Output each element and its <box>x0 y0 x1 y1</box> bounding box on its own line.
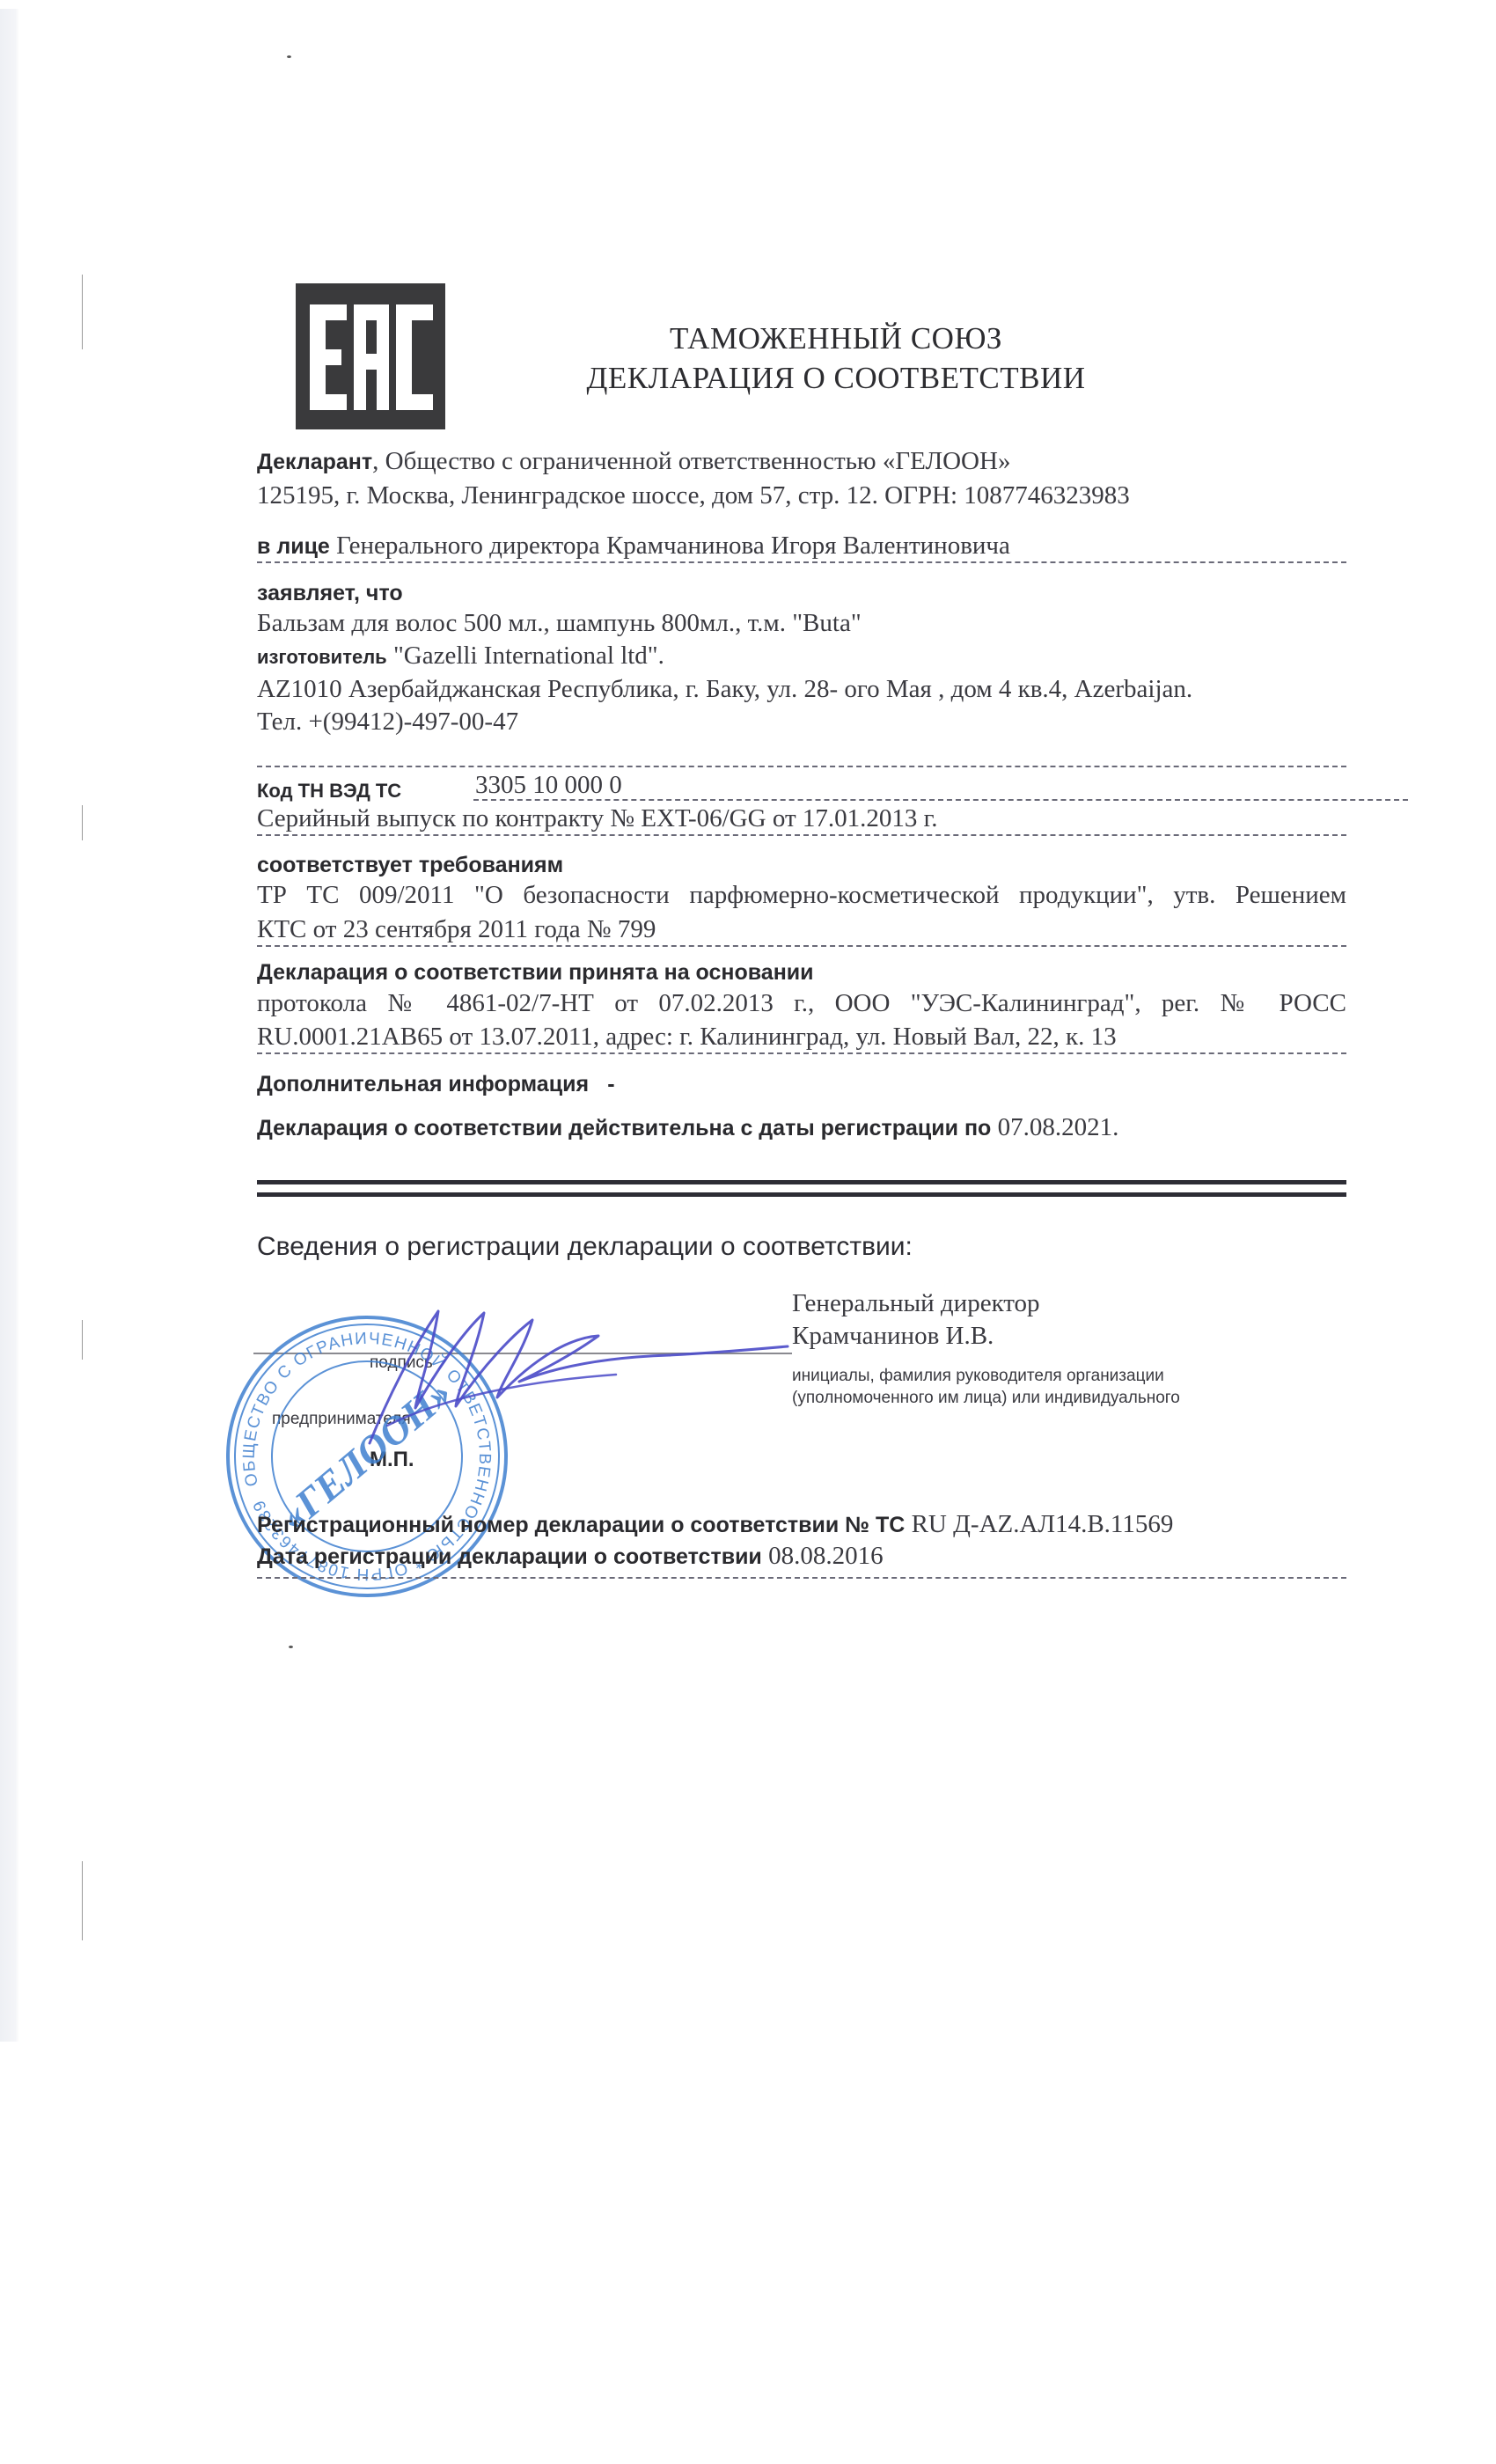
declarant-line: Декларант, Общество с ограниченной ответ… <box>257 447 1010 476</box>
manufacturer-phone: Тел. +(99412)-497-00-47 <box>257 708 518 737</box>
scan-mark <box>82 275 83 349</box>
additional-info-line: Дополнительная информация - <box>257 1069 615 1098</box>
scan-edge-shadow <box>0 9 19 2042</box>
document-title: ТАМОЖЕННЫЙ СОЮЗ ДЕКЛАРАЦИЯ О СООТВЕТСТВИ… <box>493 319 1179 398</box>
manufacturer-line: изготовитель "Gazelli International ltd"… <box>257 642 664 671</box>
basis-text-2: RU.0001.21АВ65 от 13.07.2011, адрес: г. … <box>257 1023 1117 1052</box>
registration-heading: Сведения о регистрации декларации о соот… <box>257 1232 913 1262</box>
signer-name: Крамчанинов И.В. <box>792 1322 994 1351</box>
divider <box>473 799 1408 801</box>
represented-label: в лице <box>257 534 330 559</box>
declares-label: заявляет, что <box>257 581 403 605</box>
eac-logo-icon <box>296 283 445 429</box>
divider <box>257 945 1346 947</box>
scan-speck <box>287 55 291 58</box>
requirements-text-1: ТР ТС 009/2011 "О безопасности парфюмерн… <box>257 881 1346 910</box>
basis-label: Декларация о соответствии принята на осн… <box>257 960 814 985</box>
divider <box>257 834 1346 836</box>
serial-release: Серийный выпуск по контракту № EXT-06/GG… <box>257 804 937 833</box>
validity-label: Декларация о соответствии действительна … <box>257 1116 991 1140</box>
reg-date-label: Дата регистрации декларации о соответств… <box>257 1544 762 1569</box>
signer-caption-1: инициалы, фамилия руководителя организац… <box>792 1367 1164 1386</box>
divider <box>257 1052 1346 1054</box>
product-description: Бальзам для волос 500 мл., шампунь 800мл… <box>257 609 862 638</box>
reg-number-line: Регистрационный номер декларации о соотв… <box>257 1510 1173 1539</box>
declarant-label: Декларант <box>257 450 372 474</box>
code-value: 3305 10 000 0 <box>475 771 622 800</box>
validity-date: 07.08.2021. <box>998 1113 1119 1141</box>
scan-mark <box>82 805 83 840</box>
scan-speck <box>289 1646 293 1648</box>
code-line: Код ТН ВЭД ТС <box>257 775 401 804</box>
declarant-name: , Общество с ограниченной ответственност… <box>372 447 1010 475</box>
signer-caption-2: (уполномоченного им лица) или индивидуал… <box>792 1389 1180 1408</box>
reg-number: RU Д-AZ.АЛ14.В.11569 <box>912 1510 1174 1538</box>
reg-date: 08.08.2016 <box>768 1542 884 1570</box>
manufacturer-address: AZ1010 Азербайджанская Республика, г. Ба… <box>257 675 1192 704</box>
code-label: Код ТН ВЭД ТС <box>257 780 401 802</box>
title-line-1: ТАМОЖЕННЫЙ СОЮЗ <box>493 319 1179 358</box>
additional-info-label: Дополнительная информация <box>257 1072 589 1096</box>
requirements-label: соответствует требованиям <box>257 853 563 877</box>
scan-mark <box>82 1320 83 1360</box>
manufacturer-label: изготовитель <box>257 646 387 668</box>
manufacturer-name: "Gazelli International ltd". <box>387 642 664 670</box>
eac-logo <box>296 283 445 429</box>
reg-number-label: Регистрационный номер декларации о соотв… <box>257 1513 905 1537</box>
basis-label-line: Декларация о соответствии принята на осн… <box>257 957 814 986</box>
title-line-2: ДЕКЛАРАЦИЯ О СООТВЕТСТВИИ <box>493 358 1179 398</box>
signer-position: Генеральный директор <box>792 1289 1040 1318</box>
reg-date-line: Дата регистрации декларации о соответств… <box>257 1542 884 1571</box>
double-rule-bottom <box>257 1192 1346 1197</box>
validity-line: Декларация о соответствии действительна … <box>257 1113 1118 1142</box>
represented-line: в лице Генерального директора Крамчанино… <box>257 532 1010 561</box>
signature-icon <box>334 1294 792 1452</box>
additional-info-value: - <box>607 1072 614 1096</box>
divider <box>257 766 1346 767</box>
divider <box>257 1577 1346 1579</box>
represented-by: Генерального директора Крамчанинова Игор… <box>330 532 1010 560</box>
declares-label-line: заявляет, что <box>257 578 403 607</box>
basis-text-1: протокола № 4861-02/7-НТ от 07.02.2013 г… <box>257 989 1346 1018</box>
requirements-label-line: соответствует требованиям <box>257 850 563 879</box>
scan-mark <box>82 1861 83 1940</box>
double-rule-top <box>257 1180 1346 1184</box>
declarant-address: 125195, г. Москва, Ленинградское шоссе, … <box>257 481 1130 510</box>
divider <box>257 561 1346 563</box>
requirements-text-2: КТС от 23 сентября 2011 года № 799 <box>257 915 656 944</box>
